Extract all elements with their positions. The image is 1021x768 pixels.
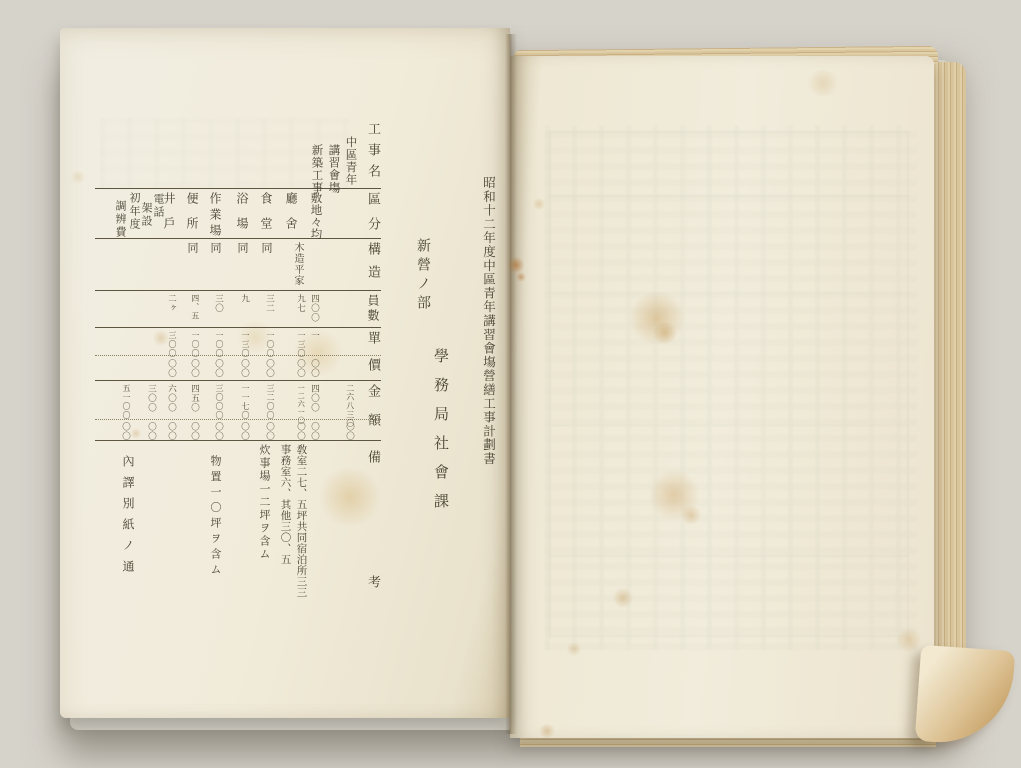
cell-amount-yen: 五一〇〇	[122, 384, 130, 420]
cell-category: 調辨費	[114, 200, 125, 239]
cell-remarks: 內譯別紙ノ通	[122, 455, 134, 581]
foxing-spot	[516, 272, 526, 282]
cell-amount-sen: 〇〇	[266, 422, 275, 441]
cell-unit-price-sen: 〇〇	[311, 359, 320, 378]
cell-unit-price-yen: 一〇〇	[191, 331, 199, 358]
field-header-unit-price: 單價	[367, 331, 380, 385]
foxing-spot	[70, 170, 86, 184]
page-curl	[915, 645, 1015, 747]
cell-unit-price-yen: 一〇〇	[215, 331, 223, 358]
cell-quantity: 三〇	[215, 294, 224, 313]
field-header-remarks: 備考	[367, 450, 380, 700]
fore-edge-page-stack	[930, 62, 966, 738]
cell-amount-yen: 六〇〇	[168, 384, 177, 413]
cell-amount-sen: 〇〇	[191, 422, 200, 441]
cell-category: 架設	[140, 202, 151, 228]
cell-amount-sen: 〇〇	[122, 422, 131, 441]
section-heading: 新營ノ部	[415, 238, 429, 314]
cell-remarks: 事務室六、其他三〇、五	[279, 444, 290, 565]
cell-amount-sen: 〇〇	[241, 422, 250, 441]
cell-category: 作業場	[209, 192, 221, 240]
cell-unit-price-yen: 一〇〇	[266, 331, 274, 358]
cell-amount-sen: 〇〇	[215, 422, 224, 441]
cell-category: 食堂	[260, 192, 272, 242]
cell-unit-price-sen: 〇〇	[215, 359, 224, 378]
cell-amount-yen: 三〇〇〇	[215, 384, 223, 420]
field-header-quantity: 員數	[367, 294, 379, 324]
foxing-spot	[896, 628, 922, 652]
bleedthrough-ghost	[545, 125, 917, 650]
cell-structure-ditto: 同	[260, 242, 271, 253]
cell-unit-price-sen: 〇〇	[168, 359, 177, 378]
cell-quantity: 九七	[297, 294, 306, 313]
project-name-line: 中區青年	[344, 136, 356, 186]
cell-amount-yen: 一二六一〇	[297, 384, 304, 425]
cell-structure-ditto: 同	[236, 242, 247, 253]
cell-structure-ditto: 同	[209, 242, 220, 253]
field-header-amount: 金額	[367, 384, 380, 442]
cell-category: 井戶	[163, 192, 175, 242]
cell-structure-ditto: 同	[186, 242, 197, 253]
cell-unit-price-sen: 〇〇	[191, 359, 200, 378]
cell-quantity: 二ヶ	[168, 294, 177, 313]
cell-quantity: 四〇〇	[311, 294, 320, 323]
cell-quantity: 九	[241, 294, 250, 304]
cell-unit-price-sen: 〇〇	[241, 359, 250, 378]
foxing-spot	[566, 642, 582, 656]
cell-remarks: 物置一〇坪ヲ含ム	[209, 455, 220, 579]
gutter-shadow	[505, 34, 517, 734]
foxing-spot	[612, 588, 634, 608]
field-header-category: 區分	[367, 192, 380, 242]
cell-category: 廳舍	[285, 192, 297, 242]
cell-category: 便所	[186, 192, 198, 242]
cell-unit-price-sen: 〇〇	[297, 359, 306, 378]
cell-amount-yen: 四五〇	[191, 384, 200, 413]
cell-remarks: 炊事場一二坪ヲ含ム	[258, 444, 269, 561]
cell-amount-yen: 三〇〇	[148, 384, 157, 413]
cell-unit-price-sen: 〇〇	[266, 359, 275, 378]
project-name-line: 新築工事	[310, 144, 322, 194]
foxing-spot	[680, 505, 702, 525]
table-rule	[95, 440, 381, 441]
bleedthrough-texture	[545, 125, 917, 650]
cell-unit-price-yen: 一三〇	[297, 331, 305, 358]
cell-amount-sen: 〇〇	[311, 422, 320, 441]
cell-amount-sen: 〇〇	[168, 422, 177, 441]
field-header-structure: 構造	[367, 242, 380, 288]
cell-category: 初年度	[128, 192, 139, 231]
cell-quantity: 四、五	[191, 294, 199, 320]
foxing-spot	[652, 322, 678, 344]
cell-amount-sen: 〇〇	[297, 422, 306, 441]
document-title: 昭和十二年度中區青年講習會塲營繕工事計劃書	[482, 176, 495, 466]
cell-category: 敷地々均	[309, 192, 321, 240]
cell-category: 浴場	[236, 192, 248, 242]
department-label: 學務局社會課	[432, 348, 447, 522]
book-photo: 昭和十二年度中區青年講習會塲營繕工事計劃書 新營ノ部 學務局社會課 工事名 區分…	[0, 0, 1021, 768]
cell-amount-yen: 一一七〇	[241, 384, 249, 420]
decimal-dotted-rule	[95, 419, 381, 420]
cell-unit-price-yen: 三〇〇	[168, 331, 176, 358]
works-table: 工事名 區分 構造 員數 單價 金額 備考 中區青年 講習會塲 新築工事 二六八…	[95, 108, 395, 613]
cell-amount-sen: 〇〇	[148, 422, 157, 441]
foxing-spot	[532, 198, 546, 210]
foxing-spot	[806, 70, 840, 96]
cell-amount-yen: 三二〇〇	[266, 384, 274, 420]
table-rule	[95, 290, 381, 291]
project-total-amount-sen: 〇〇	[346, 422, 355, 441]
cell-unit-price-yen: 一	[311, 331, 320, 341]
cell-category: 電話	[152, 193, 163, 219]
cell-remarks: 敎室二七、五坪共同宿泊所三三	[295, 444, 306, 598]
project-name-line: 講習會塲	[327, 144, 339, 194]
cell-quantity: 三二	[266, 294, 275, 313]
decimal-dotted-rule	[95, 355, 381, 356]
table-rule	[95, 327, 381, 328]
table-rule	[95, 380, 381, 381]
foxing-spot	[538, 724, 556, 738]
cell-amount-yen: 四〇〇	[311, 384, 320, 413]
cell-structure: 木造平家	[292, 242, 302, 286]
field-header-project-name: 工事名	[367, 122, 380, 185]
cell-unit-price-yen: 一三〇	[241, 331, 249, 358]
